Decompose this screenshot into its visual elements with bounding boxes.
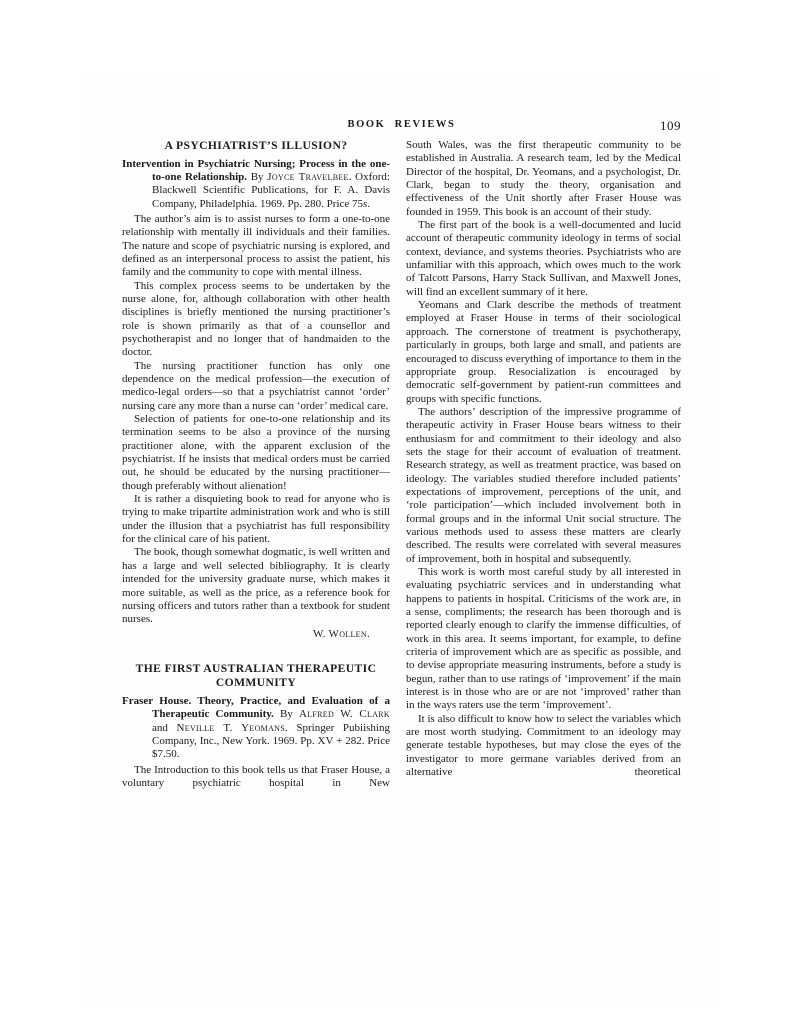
review1-citation-period: . (367, 198, 370, 210)
review1-citation-by: By (247, 171, 267, 183)
review2-paragraph-2: The first part of the book is a well-doc… (406, 219, 681, 299)
review1-citation: Intervention in Psychiatric Nursing; Pro… (122, 158, 390, 211)
page-number: 109 (660, 118, 681, 134)
review1-paragraph-6: The book, though somewhat dogmatic, is w… (122, 546, 390, 626)
review1-citation-author: Joyce Travelbee (267, 171, 349, 183)
right-column: South Wales, was the first therapeutic c… (406, 139, 681, 790)
reviewer-signature: W. Wollen. (122, 628, 390, 641)
review1-heading: A PSYCHIATRIST’S ILLUSION? (122, 139, 390, 154)
review2-paragraph-4: The authors’ description of the impressi… (406, 406, 681, 566)
review2-heading: THE FIRST AUSTRALIAN THERAPEUTIC COMMUNI… (122, 662, 390, 691)
review1-paragraph-5: It is rather a disquieting book to read … (122, 493, 390, 546)
review2-citation-author1: Alfred W. Clark (299, 708, 390, 720)
review1-paragraph-1: The author’s aim is to assist nurses to … (122, 213, 390, 280)
review2-citation-author2: Neville T. Yeomans (177, 722, 285, 734)
two-column-layout: A PSYCHIATRIST’S ILLUSION? Intervention … (122, 139, 681, 790)
review2-paragraph-5: This work is worth most careful study by… (406, 566, 681, 713)
running-header: BOOK REVIEWS 109 (122, 119, 681, 132)
review2-citation: Fraser House. Theory, Practice, and Eval… (122, 695, 390, 762)
review2-paragraph-6: It is also difficult to know how to sele… (406, 713, 681, 780)
left-column: A PSYCHIATRIST’S ILLUSION? Intervention … (122, 139, 390, 790)
review2-citation-by: By (274, 708, 299, 720)
page-content: BOOK REVIEWS 109 A PSYCHIATRIST’S ILLUSI… (122, 119, 681, 790)
reviewer-signature-name: W. Wollen. (313, 628, 370, 640)
review1-paragraph-4: Selection of patients for one-to-one rel… (122, 413, 390, 493)
review2-paragraph-3: Yeomans and Clark describe the methods o… (406, 299, 681, 406)
review1-paragraph-3: The nursing practitioner function has on… (122, 360, 390, 413)
running-header-title: BOOK REVIEWS (122, 119, 681, 130)
review2-paragraph-1-left: The Introduction to this book tells us t… (122, 764, 390, 791)
review2-citation-and: and (152, 722, 177, 734)
review1-paragraph-2: This complex process seems to be underta… (122, 280, 390, 360)
review2-paragraph-1-continued: South Wales, was the first therapeutic c… (406, 139, 681, 219)
